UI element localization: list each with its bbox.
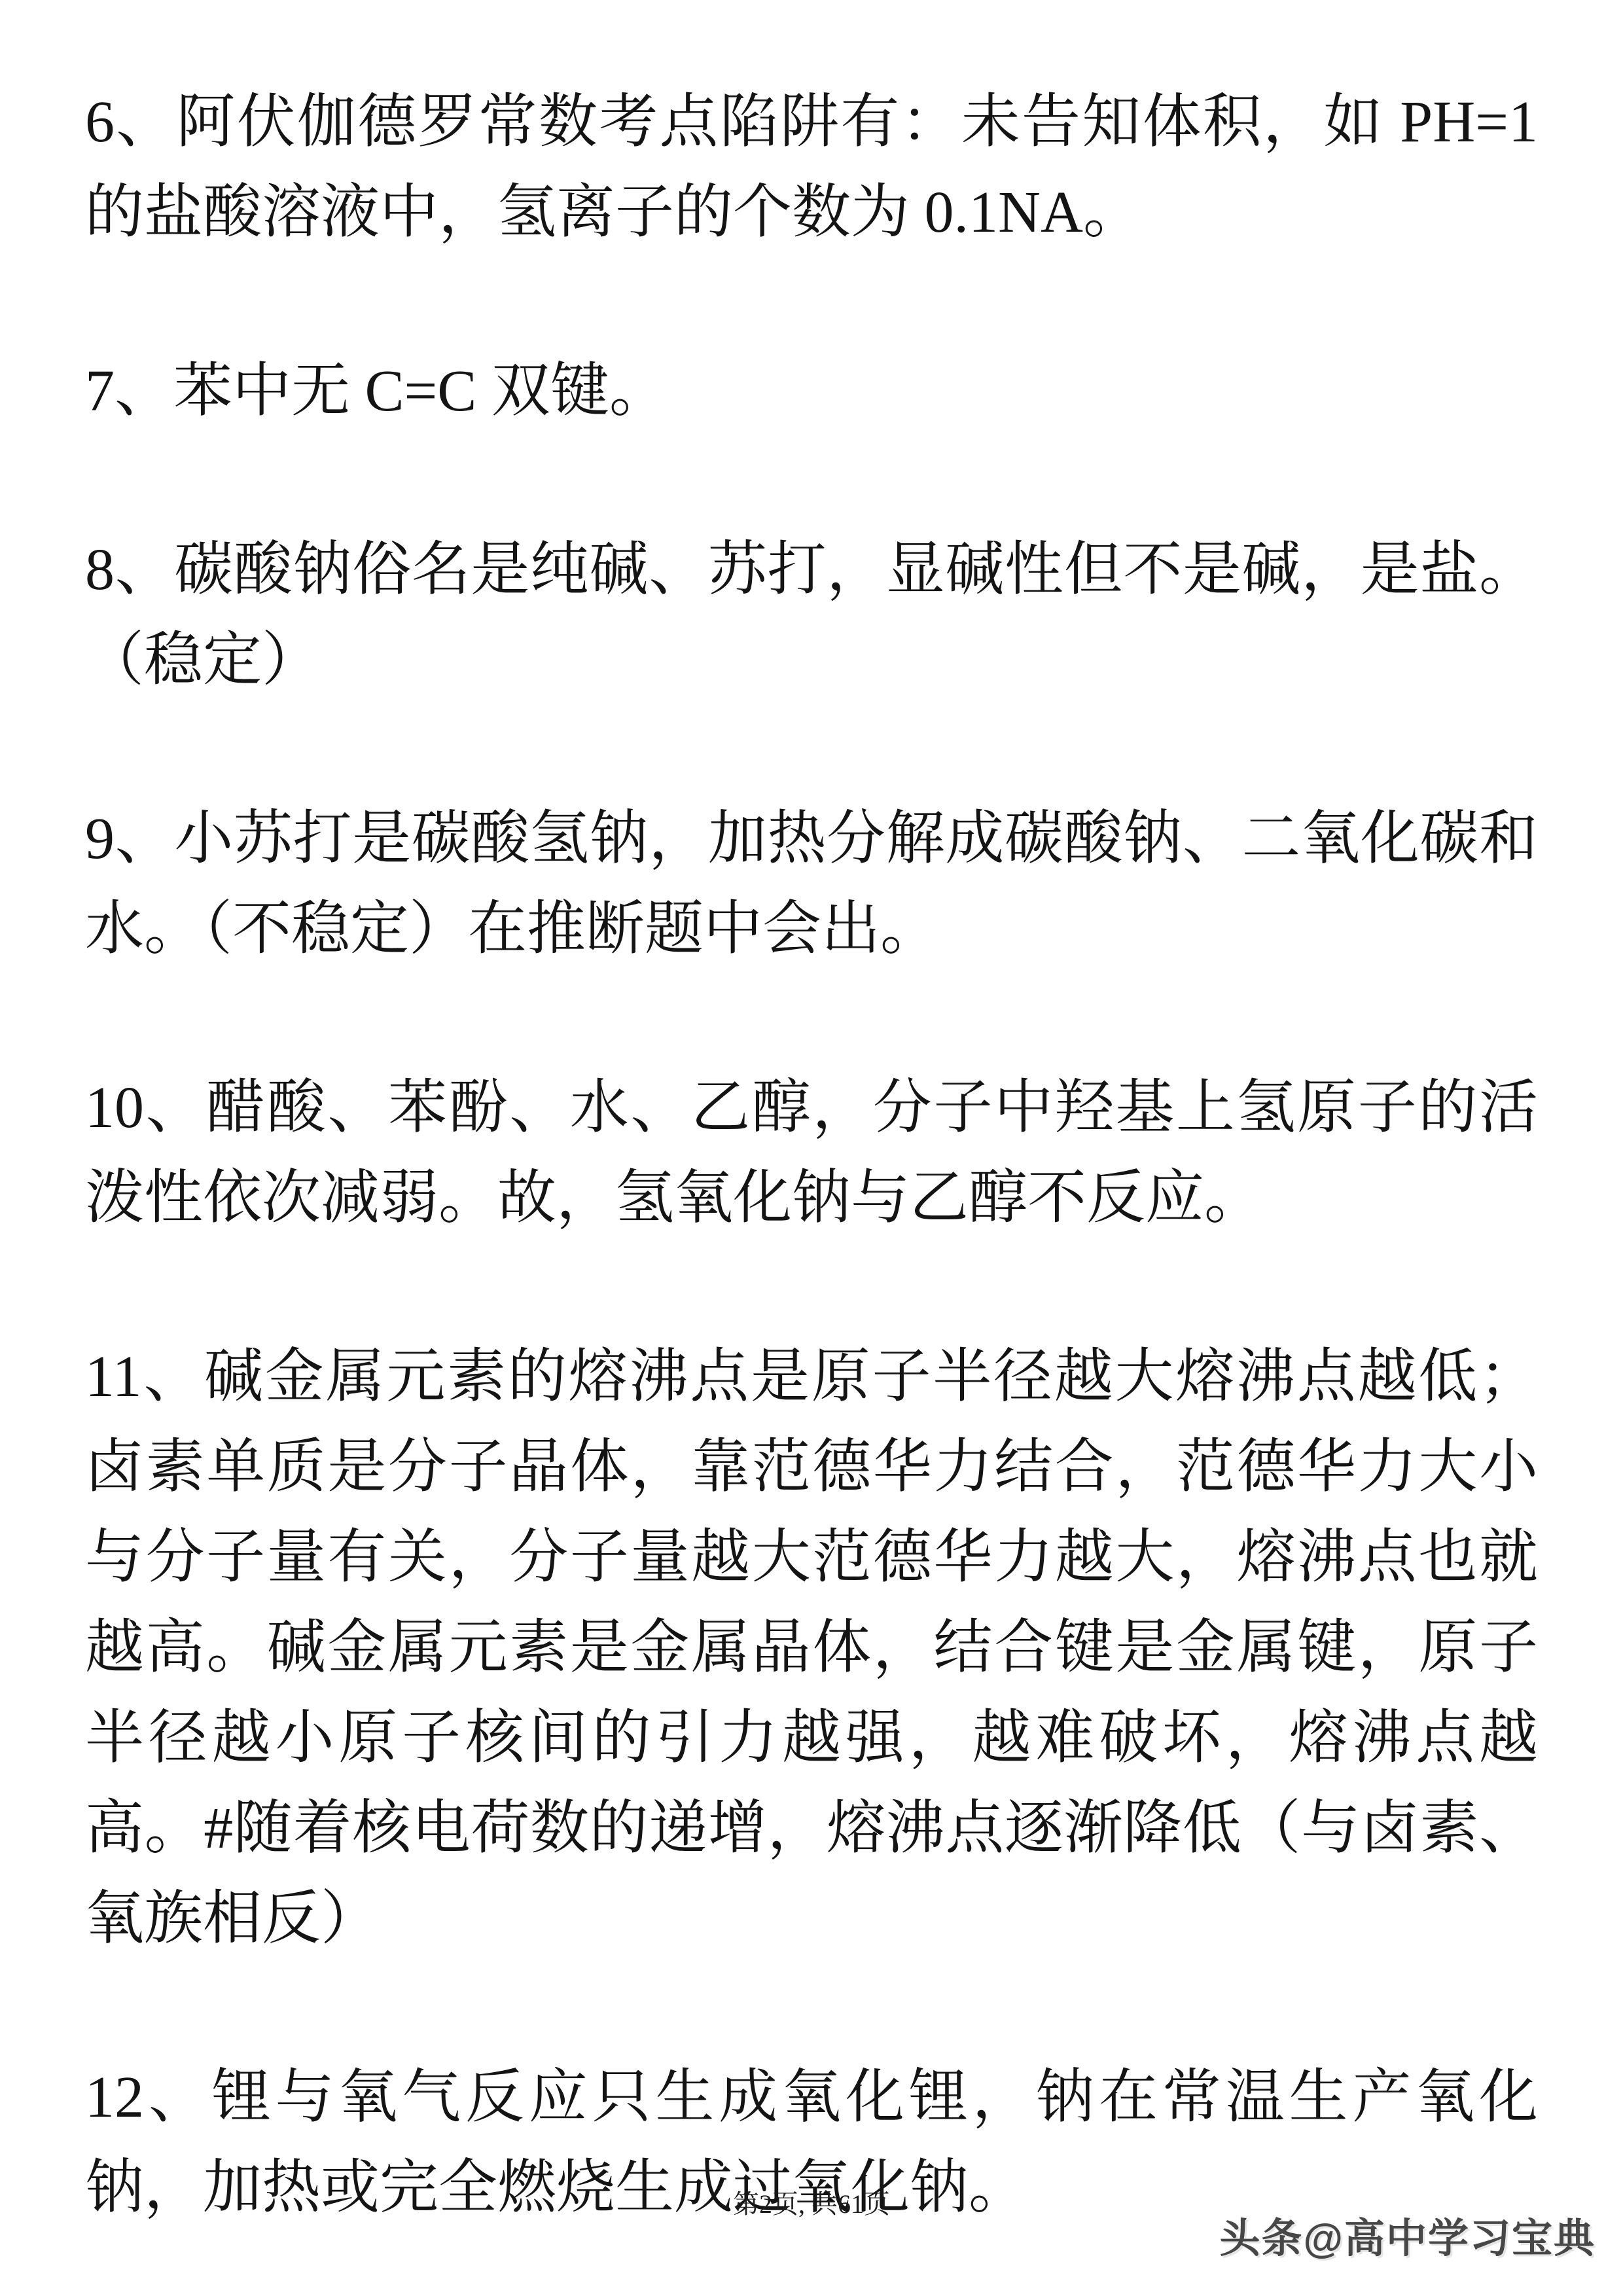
note-item-9: 9、小苏打是碳酸氢钠，加热分解成碳酸钠、二氧化碳和水。（不稳定）在推断题中会出。 [85,794,1538,975]
note-item-11: 11、碱金属元素的熔沸点是原子半径越大熔沸点越低；卤素单质是分子晶体，靠范德华力… [85,1332,1538,1964]
note-item-10: 10、醋酸、苯酚、水、乙醇，分子中羟基上氢原子的活泼性依次减弱。故，氢氧化钠与乙… [85,1063,1538,1244]
notes-list: 6、阿伏伽德罗常数考点陷阱有：未告知体积，如 PH=1 的盐酸溶液中，氢离子的个… [85,77,1538,2233]
note-item-8: 8、碳酸钠俗名是纯碱、苏打，显碱性但不是碱，是盐。（稳定） [85,525,1538,706]
document-page: 6、阿伏伽德罗常数考点陷阱有：未告知体积，如 PH=1 的盐酸溶液中，氢离子的个… [0,0,1623,2296]
note-item-7: 7、苯中无 C=C 双键。 [85,346,1538,437]
note-item-6: 6、阿伏伽德罗常数考点陷阱有：未告知体积，如 PH=1 的盐酸溶液中，氢离子的个… [85,77,1538,258]
watermark: 头条@高中学习宝典 [1220,2216,1596,2262]
